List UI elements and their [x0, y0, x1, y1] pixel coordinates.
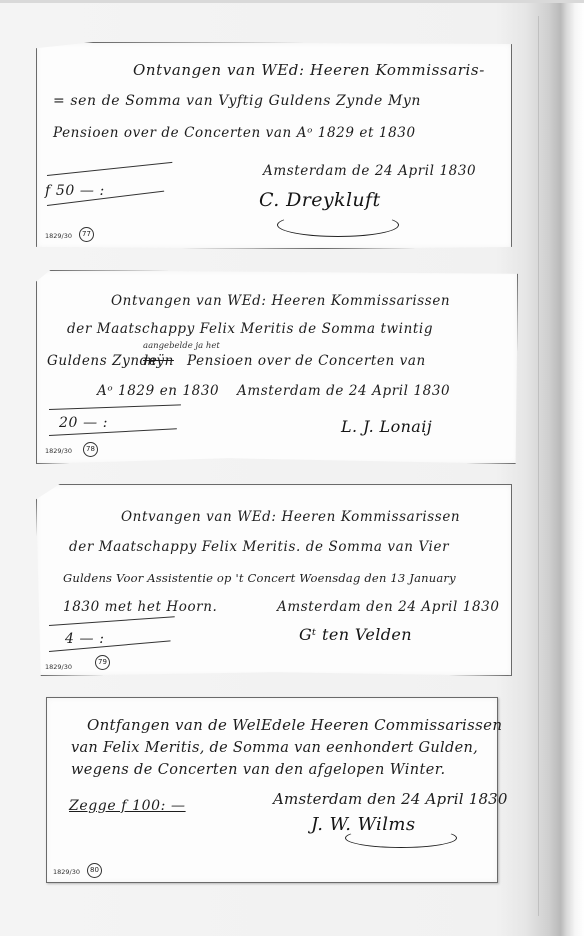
receipt-78: Ontvangen van WEd: Heeren Kommissarissen…	[36, 270, 518, 464]
receipt-date: Amsterdam den 24 April 1830	[277, 599, 500, 615]
receipt-line: Ontvangen van WEd: Heeren Kommissarissen	[111, 293, 450, 309]
receipt-line: Guldens Voor Assistentie op 't Concert W…	[63, 571, 456, 585]
amount: f 50 — :	[45, 183, 105, 199]
amount-rule	[49, 404, 181, 410]
receipt-line: Pensioen over de Concerten van	[187, 353, 426, 369]
receipt-number: 79	[95, 655, 110, 670]
receipt-number: 78	[83, 442, 98, 457]
receipt-date: Amsterdam de 24 April 1830	[263, 163, 476, 179]
receipt-number: 80	[87, 863, 102, 878]
receipt-number: 77	[79, 227, 94, 242]
amount: 20 — :	[59, 415, 108, 431]
receipt-line: Pensioen over de Concerten van Aᵒ 1829 e…	[53, 125, 416, 141]
scan-top-edge	[0, 0, 584, 3]
signature-flourish	[345, 828, 457, 848]
receipt-line: Ontvangen van WEd: Heeren Kommissaris-	[133, 61, 485, 79]
catalog-reference: 1829/30	[45, 447, 72, 455]
binding-gutter	[538, 16, 539, 916]
signature: L. J. Lonaij	[341, 417, 432, 436]
receipt-date: Amsterdam den 24 April 1830	[273, 790, 508, 808]
receipt-line: der Maatschappy Felix Meritis de Somma t…	[67, 321, 433, 337]
receipt-line: van Felix Meritis, de Somma van eenhonde…	[71, 740, 478, 756]
receipt-77: Ontvangen van WEd: Heeren Kommissaris- =…	[36, 42, 512, 249]
receipt-line: Ontfangen van de WelEdele Heeren Commiss…	[87, 716, 502, 734]
receipt-line: Guldens Zynde	[47, 353, 157, 369]
receipt-line: der Maatschappy Felix Meritis. de Somma …	[69, 539, 449, 555]
signature: C. Dreykluft	[259, 189, 381, 211]
receipt-line: wegens de Concerten van den afgelopen Wi…	[71, 762, 446, 778]
amount-rule	[47, 162, 172, 176]
amount: Zegge f 100: —	[69, 798, 186, 814]
receipt-line: Aᵒ 1829 en 1830	[97, 383, 219, 399]
interlinear-insertion: aangebelde ja het	[143, 341, 220, 351]
receipt-line: = sen de Somma van Vyftig Guldens Zynde …	[53, 93, 421, 109]
signature: Gᵗ ten Velden	[299, 625, 412, 644]
receipt-79: Ontvangen van WEd: Heeren Kommissarissen…	[36, 484, 512, 676]
catalog-reference: 1829/30	[45, 232, 72, 240]
receipt-line: 1830 met het Hoorn.	[63, 599, 217, 615]
receipt-80: Ontfangen van de WelEdele Heeren Commiss…	[46, 697, 498, 883]
signature-flourish	[277, 213, 399, 237]
amount: 4 — :	[65, 631, 105, 647]
receipt-date: Amsterdam de 24 April 1830	[237, 383, 450, 399]
receipt-line: Ontvangen van WEd: Heeren Kommissarissen	[121, 509, 460, 525]
catalog-reference: 1829/30	[53, 868, 80, 876]
scanned-page: Ontvangen van WEd: Heeren Kommissaris- =…	[0, 0, 584, 936]
struck-word: mÿn	[143, 353, 174, 369]
amount-rule	[49, 616, 175, 626]
catalog-reference: 1829/30	[45, 663, 72, 671]
